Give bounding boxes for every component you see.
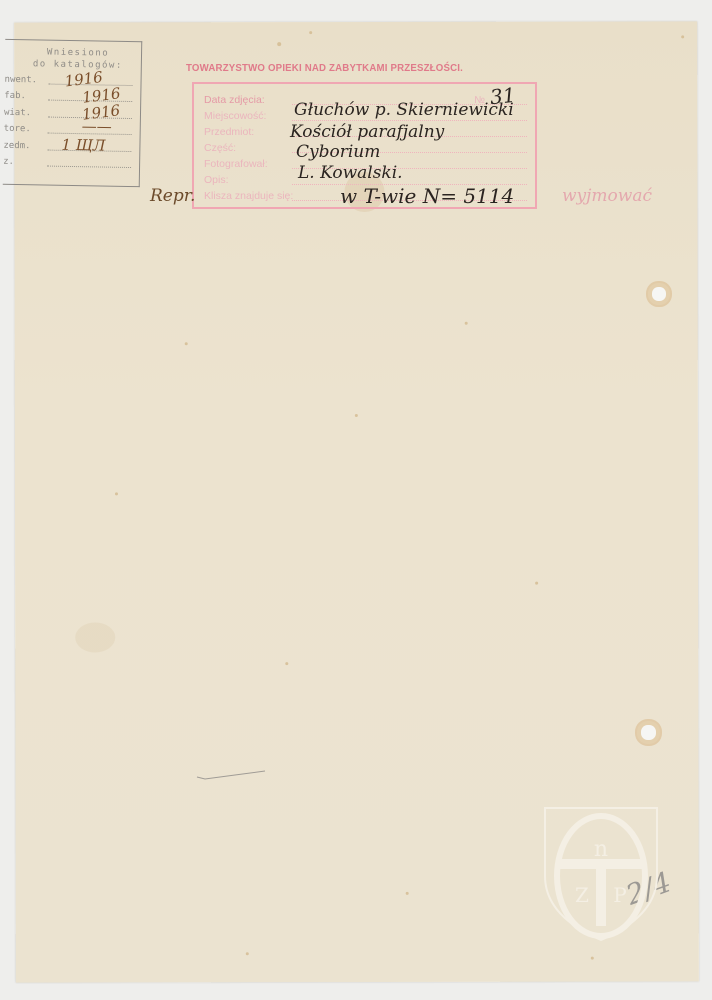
foxing-spot (681, 35, 684, 38)
dotted-line (47, 166, 131, 168)
foxing-spot (465, 322, 468, 325)
field-label: Miejscowość: (204, 110, 266, 122)
watermark-letter-p: P (613, 883, 626, 907)
watermark-letter-z: Z (575, 883, 589, 907)
paper-hole (652, 287, 666, 301)
handwritten-part: Cyborium (296, 142, 380, 162)
foxing-spot (535, 582, 538, 585)
annotation-pink: wyjmować (562, 186, 652, 206)
catalog-handwritten: 1 ЩЛ (61, 135, 105, 154)
society-stamp-title: TOWARZYSTWO OPIEKI NAD ZABYTKAMI PRZESZŁ… (186, 62, 463, 74)
catalog-label: z. (3, 157, 14, 167)
foxing-spot (246, 952, 249, 955)
stain (75, 622, 115, 652)
catalog-label: nwent. (4, 74, 37, 85)
catalog-label: wiat. (4, 107, 31, 117)
catalog-label: tore. (4, 124, 31, 134)
catalog-stamp: Wniesiono do katalogów: nwent. 1916 fab.… (3, 39, 143, 187)
foxing-spot (591, 957, 594, 960)
foxing-spot (277, 42, 281, 46)
annotation-repr: Repr. (150, 186, 195, 206)
foxing-spot (309, 31, 312, 34)
handwritten-negative-location: w T-wie N= 5114 (340, 184, 514, 208)
field-label: Data zdjęcia: (204, 94, 265, 106)
catalog-row: z. (3, 152, 139, 171)
field-label: Klisza znajduje się: (204, 190, 293, 202)
pencil-mark (195, 765, 275, 785)
catalog-label: zedm. (3, 140, 30, 150)
handwritten-place: Głuchów p. Skierniewicki (294, 100, 514, 120)
watermark-emblem-icon: n Z P (542, 806, 660, 942)
foxing-spot (115, 492, 118, 495)
handwritten-photographer: L. Kowalski. (298, 163, 403, 183)
dotted-line (292, 120, 527, 121)
field-label: Przedmiot: (204, 126, 254, 138)
field-label: Opis: (204, 174, 229, 186)
foxing-spot (406, 892, 409, 895)
handwritten-object: Kościół parafjalny (290, 122, 444, 142)
catalog-label: fab. (4, 91, 26, 101)
foxing-spot (355, 414, 358, 417)
foxing-spot (285, 662, 288, 665)
field-label: Część: (204, 142, 236, 154)
paper-hole (641, 725, 656, 740)
field-label: Fotografował: (204, 158, 268, 170)
catalog-handwritten: —— (82, 117, 112, 136)
foxing-spot (185, 342, 188, 345)
watermark-letter-n: n (594, 837, 608, 862)
